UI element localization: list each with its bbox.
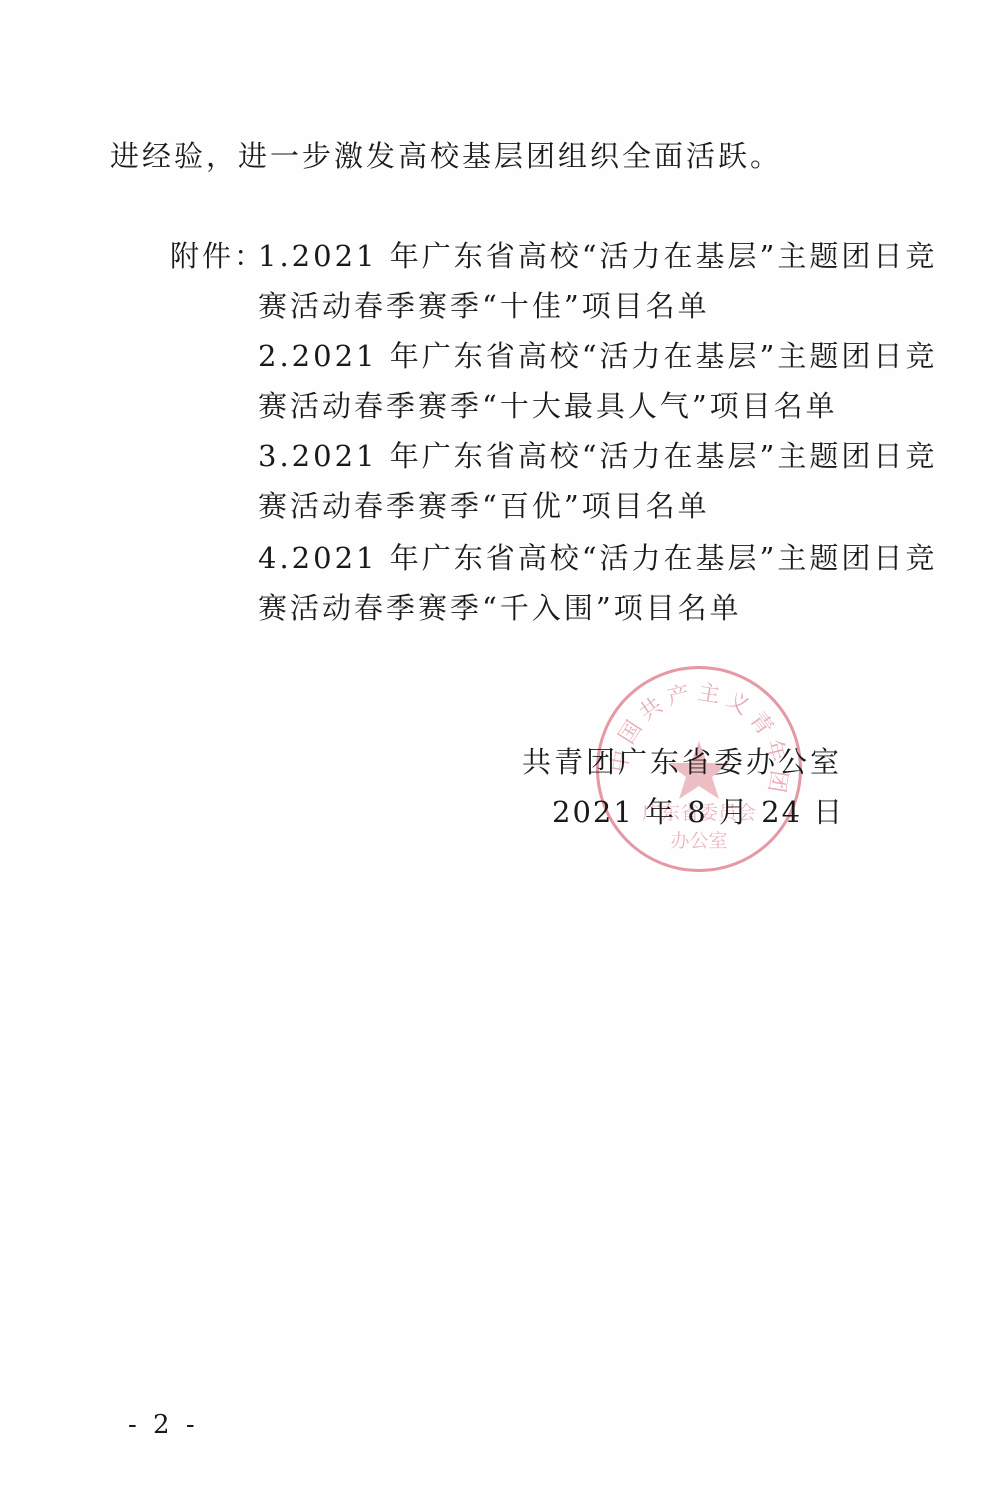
attachment-4-line-2: 赛活动春季赛季“千入围”项目名单	[258, 588, 742, 628]
attachment-1-line-1: 1.2021 年广东省高校“活力在基层”主题团日竞	[258, 236, 937, 276]
attachments-label: 附件：	[170, 236, 266, 276]
attachment-3-line-1: 3.2021 年广东省高校“活力在基层”主题团日竞	[258, 436, 937, 476]
attachment-3-line-2: 赛活动春季赛季“百优”项目名单	[258, 486, 710, 526]
svg-text:中国共产主义青年团: 中国共产主义青年团	[607, 680, 791, 800]
signature-organization: 共青团广东省委办公室	[522, 742, 842, 782]
attachment-2-line-2: 赛活动春季赛季“十大最具人气”项目名单	[258, 386, 838, 426]
svg-text:办公室: 办公室	[670, 830, 727, 852]
signature-date: 2021 年 8 月 24 日	[552, 792, 844, 832]
attachment-2-line-1: 2.2021 年广东省高校“活力在基层”主题团日竞	[258, 336, 937, 376]
attachment-4-line-1: 4.2021 年广东省高校“活力在基层”主题团日竞	[258, 538, 937, 578]
document-page: 进经验，进一步激发高校基层团组织全面活跃。 附件： 1.2021 年广东省高校“…	[0, 0, 997, 1495]
body-paragraph-end: 进经验，进一步激发高校基层团组织全面活跃。	[110, 136, 782, 176]
page-number: - 2 -	[128, 1410, 199, 1440]
attachment-1-line-2: 赛活动春季赛季“十佳”项目名单	[258, 286, 710, 326]
